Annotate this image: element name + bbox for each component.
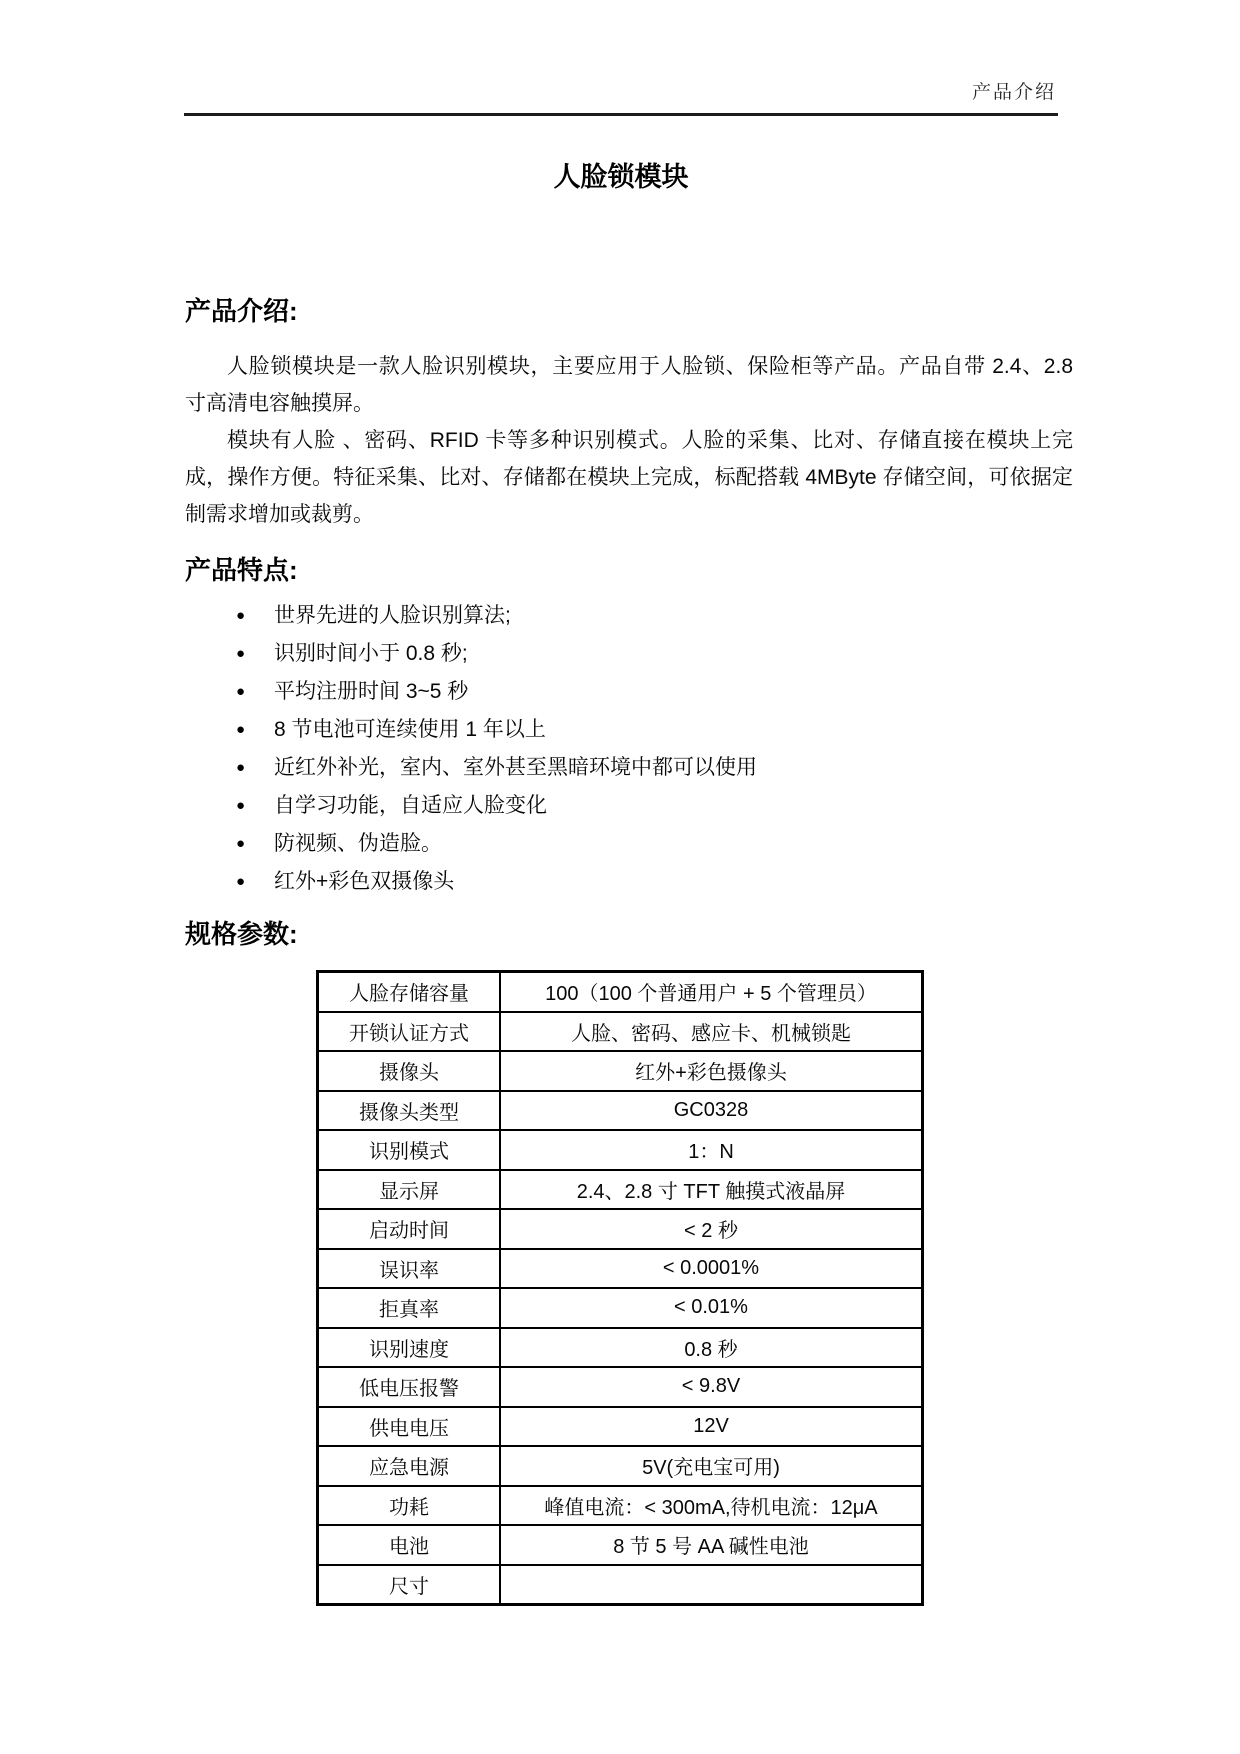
section-heading-specs: 规格参数: — [185, 920, 298, 948]
feature-text: 平均注册时间 3~5 秒 — [274, 673, 468, 711]
features-list: ●世界先进的人脸识别算法; ●识别时间小于 0.8 秒; ●平均注册时间 3~5… — [236, 597, 757, 901]
feature-text: 世界先进的人脸识别算法; — [274, 597, 511, 635]
spec-value — [500, 1565, 923, 1605]
document-title: 人脸锁模块 — [184, 155, 1058, 194]
feature-text: 近红外补光，室内、室外甚至黑暗环境中都可以使用 — [274, 749, 757, 787]
spec-value: 峰值电流：< 300mA,待机电流：12μA — [500, 1486, 923, 1526]
feature-item: ●世界先进的人脸识别算法; — [236, 597, 757, 635]
page-header-label: 产品介绍 — [972, 77, 1056, 104]
table-row: 功耗峰值电流：< 300mA,待机电流：12μA — [318, 1486, 923, 1526]
feature-item: ●红外+彩色双摄像头 — [236, 863, 757, 901]
spec-label: 应急电源 — [318, 1446, 501, 1486]
table-row: 识别模式1：N — [318, 1130, 923, 1170]
spec-label: 拒真率 — [318, 1288, 501, 1328]
spec-value: 1：N — [500, 1130, 923, 1170]
spec-label: 误识率 — [318, 1249, 501, 1289]
table-row: 供电电压12V — [318, 1407, 923, 1447]
feature-text: 识别时间小于 0.8 秒; — [274, 635, 468, 673]
bullet-icon: ● — [236, 597, 250, 635]
feature-text: 8 节电池可连续使用 1 年以上 — [274, 711, 546, 749]
table-row: 电池8 节 5 号 AA 碱性电池 — [318, 1525, 923, 1565]
table-row: 显示屏2.4、2.8 寸 TFT 触摸式液晶屏 — [318, 1170, 923, 1210]
specs-table-body: 人脸存储容量100（100 个普通用户 + 5 个管理员） 开锁认证方式人脸、密… — [318, 972, 923, 1605]
spec-value: < 2 秒 — [500, 1209, 923, 1249]
table-row: 摄像头红外+彩色摄像头 — [318, 1051, 923, 1091]
table-row: 拒真率< 0.01% — [318, 1288, 923, 1328]
intro-paragraph: 模块有人脸 、密码、RFID 卡等多种识别模式。人脸的采集、比对、存储直接在模块… — [185, 422, 1073, 533]
bullet-icon: ● — [236, 863, 250, 901]
feature-item: ●识别时间小于 0.8 秒; — [236, 635, 757, 673]
spec-label: 尺寸 — [318, 1565, 501, 1605]
spec-value: 2.4、2.8 寸 TFT 触摸式液晶屏 — [500, 1170, 923, 1210]
header-divider — [184, 113, 1058, 116]
spec-label: 摄像头 — [318, 1051, 501, 1091]
spec-value: 0.8 秒 — [500, 1328, 923, 1368]
spec-label: 识别速度 — [318, 1328, 501, 1368]
intro-paragraph: 人脸锁模块是一款人脸识别模块，主要应用于人脸锁、保险柜等产品。产品自带 2.4、… — [185, 348, 1073, 422]
spec-label: 电池 — [318, 1525, 501, 1565]
spec-label: 人脸存储容量 — [318, 972, 501, 1012]
document-page: 产品介绍 人脸锁模块 产品介绍: 人脸锁模块是一款人脸识别模块，主要应用于人脸锁… — [0, 0, 1240, 1754]
spec-label: 功耗 — [318, 1486, 501, 1526]
intro-body: 人脸锁模块是一款人脸识别模块，主要应用于人脸锁、保险柜等产品。产品自带 2.4、… — [185, 348, 1073, 533]
spec-value: 人脸、密码、感应卡、机械锁匙 — [500, 1012, 923, 1052]
specs-table: 人脸存储容量100（100 个普通用户 + 5 个管理员） 开锁认证方式人脸、密… — [316, 970, 924, 1606]
feature-item: ●平均注册时间 3~5 秒 — [236, 673, 757, 711]
spec-label: 供电电压 — [318, 1407, 501, 1447]
feature-text: 红外+彩色双摄像头 — [274, 863, 454, 901]
feature-item: ●自学习功能，自适应人脸变化 — [236, 787, 757, 825]
spec-label: 开锁认证方式 — [318, 1012, 501, 1052]
bullet-icon: ● — [236, 825, 250, 863]
spec-value: 8 节 5 号 AA 碱性电池 — [500, 1525, 923, 1565]
feature-item: ●防视频、伪造脸。 — [236, 825, 757, 863]
bullet-icon: ● — [236, 673, 250, 711]
table-row: 应急电源5V(充电宝可用) — [318, 1446, 923, 1486]
table-row: 开锁认证方式人脸、密码、感应卡、机械锁匙 — [318, 1012, 923, 1052]
feature-item: ●近红外补光，室内、室外甚至黑暗环境中都可以使用 — [236, 749, 757, 787]
table-row: 尺寸 — [318, 1565, 923, 1605]
table-row: 摄像头类型GC0328 — [318, 1091, 923, 1131]
table-row: 低电压报警< 9.8V — [318, 1367, 923, 1407]
spec-value: < 0.01% — [500, 1288, 923, 1328]
table-row: 误识率< 0.0001% — [318, 1249, 923, 1289]
table-row: 识别速度0.8 秒 — [318, 1328, 923, 1368]
feature-text: 防视频、伪造脸。 — [274, 825, 442, 863]
feature-item: ●8 节电池可连续使用 1 年以上 — [236, 711, 757, 749]
spec-value: < 9.8V — [500, 1367, 923, 1407]
bullet-icon: ● — [236, 787, 250, 825]
spec-value: < 0.0001% — [500, 1249, 923, 1289]
spec-value: 5V(充电宝可用) — [500, 1446, 923, 1486]
section-heading-intro: 产品介绍: — [185, 297, 298, 325]
bullet-icon: ● — [236, 711, 250, 749]
spec-label: 识别模式 — [318, 1130, 501, 1170]
spec-value: GC0328 — [500, 1091, 923, 1131]
spec-value: 12V — [500, 1407, 923, 1447]
spec-label: 显示屏 — [318, 1170, 501, 1210]
spec-label: 低电压报警 — [318, 1367, 501, 1407]
feature-text: 自学习功能，自适应人脸变化 — [274, 787, 547, 825]
table-row: 启动时间< 2 秒 — [318, 1209, 923, 1249]
bullet-icon: ● — [236, 749, 250, 787]
spec-label: 启动时间 — [318, 1209, 501, 1249]
section-heading-features: 产品特点: — [185, 556, 298, 584]
table-row: 人脸存储容量100（100 个普通用户 + 5 个管理员） — [318, 972, 923, 1012]
spec-value: 红外+彩色摄像头 — [500, 1051, 923, 1091]
bullet-icon: ● — [236, 635, 250, 673]
spec-value: 100（100 个普通用户 + 5 个管理员） — [500, 972, 923, 1012]
spec-label: 摄像头类型 — [318, 1091, 501, 1131]
